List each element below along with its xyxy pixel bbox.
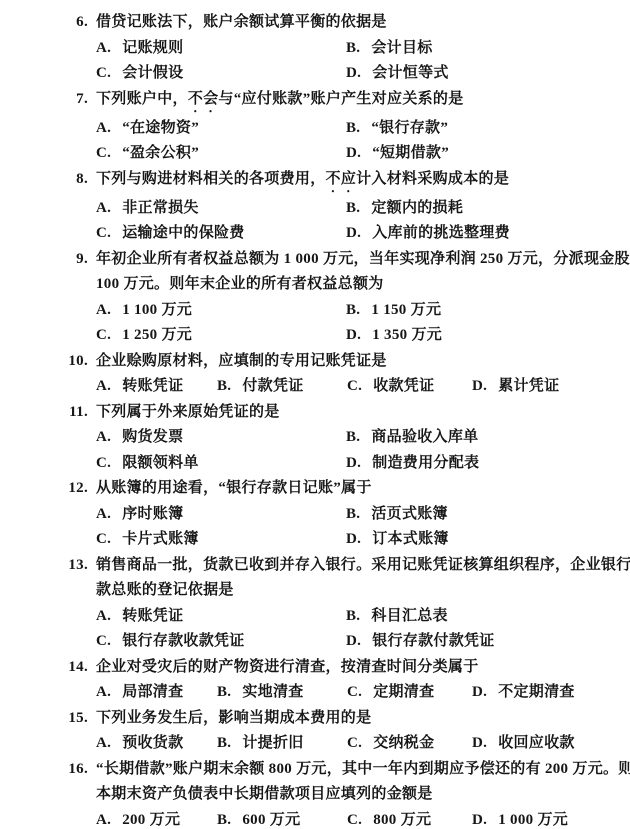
option-text: 1 000 万元 — [498, 812, 568, 828]
option-text: 1 350 万元 — [372, 327, 442, 343]
option-label: A. — [96, 502, 111, 528]
option-text: 科目汇总表 — [371, 608, 448, 624]
option-text: 800 万元 — [373, 812, 431, 828]
option-text: 卡片式账簿 — [122, 531, 199, 547]
question-8: 8. 下列与购进材料相关的各项费用，不应计入材料采购成本的是 A.非正常损失 B… — [0, 167, 622, 247]
option-label: D. — [472, 731, 487, 757]
option-label: C. — [96, 221, 111, 247]
option-text: 序时账簿 — [122, 506, 183, 522]
option-text: 记账规则 — [122, 40, 183, 56]
question-number: 10. — [0, 349, 88, 400]
option-label: A. — [96, 680, 111, 706]
option-c: C.卡片式账簿 — [96, 527, 346, 553]
option-c: C.“盈余公积” — [96, 141, 346, 167]
option-label: B. — [346, 425, 360, 451]
option-label: B. — [217, 680, 231, 706]
question-stem-line-2: 款总账的登记依据是 — [96, 578, 622, 604]
question-stem: 下列业务发生后，影响当期成本费用的是 — [96, 706, 622, 732]
question-number: 13. — [0, 553, 88, 655]
option-label: D. — [346, 629, 361, 655]
option-text: 运输途中的保险费 — [122, 225, 244, 241]
option-text: 付款凭证 — [242, 378, 303, 394]
option-a: A.预收货款 — [96, 731, 217, 757]
option-text: 入库前的挑选整理费 — [372, 225, 510, 241]
option-a: A.转账凭证 — [96, 374, 217, 400]
option-text: “银行存款” — [371, 120, 448, 136]
option-c: C.银行存款收款凭证 — [96, 629, 346, 655]
option-d: D.银行存款付款凭证 — [346, 629, 622, 655]
question-stem-line-1: “长期借款”账户期末余额 800 万元，其中一年内到期应予偿还的有 200 万元… — [96, 757, 622, 783]
option-text: 活页式账簿 — [371, 506, 448, 522]
option-text: 商品验收入库单 — [371, 429, 478, 445]
option-label: B. — [217, 808, 231, 829]
option-text: 转账凭证 — [122, 378, 183, 394]
option-label: A. — [96, 196, 111, 222]
question-stem: 借贷记账法下，账户余额试算平衡的依据是 — [96, 10, 622, 36]
option-b: B.活页式账簿 — [346, 502, 622, 528]
question-number: 9. — [0, 247, 88, 349]
option-b: B.定额内的损耗 — [346, 196, 622, 222]
option-text: 不定期清查 — [498, 684, 575, 700]
option-label: B. — [217, 374, 231, 400]
option-label: D. — [472, 808, 487, 829]
question-number: 8. — [0, 167, 88, 247]
question-number: 11. — [0, 400, 88, 477]
question-number: 16. — [0, 757, 88, 829]
option-text: 限额领料单 — [122, 455, 199, 471]
option-label: A. — [96, 36, 111, 62]
option-b: B.科目汇总表 — [346, 604, 622, 630]
option-label: B. — [346, 196, 360, 222]
option-a: A.转账凭证 — [96, 604, 346, 630]
option-text: 收回应收款 — [498, 735, 575, 751]
option-c: C.收款凭证 — [347, 374, 472, 400]
option-d: D.累计凭证 — [472, 374, 622, 400]
question-stem-line-1: 销售商品一批，货款已收到并存入银行。采用记账凭证核算组织程序，企业银行存 — [96, 553, 622, 579]
question-number: 15. — [0, 706, 88, 757]
option-label: B. — [346, 298, 360, 324]
question-6: 6. 借贷记账法下，账户余额试算平衡的依据是 A.记账规则 B.会计目标 C.会… — [0, 10, 622, 87]
option-d: D.会计恒等式 — [346, 61, 622, 87]
stem-text: 下列与购进材料相关的各项费用， — [96, 171, 326, 187]
option-label: A. — [96, 731, 111, 757]
question-number: 14. — [0, 655, 88, 706]
question-stem: 企业对受灾后的财产物资进行清查，按清查时间分类属于 — [96, 655, 622, 681]
question-10: 10. 企业赊购原材料，应填制的专用记账凭证是 A.转账凭证 B.付款凭证 C.… — [0, 349, 622, 400]
option-label: A. — [96, 604, 111, 630]
question-7: 7. 下列账户中，不会与“应付账款”账户产生对应关系的是 A.“在途物资” B.… — [0, 87, 622, 167]
option-text: 订本式账簿 — [372, 531, 449, 547]
options: A.购货发票 B.商品验收入库单 C.限额领料单 D.制造费用分配表 — [96, 425, 622, 476]
option-text: 制造费用分配表 — [372, 455, 479, 471]
option-a: A.“在途物资” — [96, 116, 346, 142]
option-a: A.购货发票 — [96, 425, 346, 451]
option-label: D. — [346, 221, 361, 247]
option-text: “短期借款” — [372, 145, 449, 161]
options: A.局部清查 B.实地清查 C.定期清查 D.不定期清查 — [96, 680, 622, 706]
option-label: C. — [347, 731, 362, 757]
option-label: D. — [346, 141, 361, 167]
option-label: A. — [96, 808, 111, 829]
option-label: D. — [346, 451, 361, 477]
option-text: 银行存款收款凭证 — [122, 633, 244, 649]
question-number: 7. — [0, 87, 88, 167]
question-11: 11. 下列属于外来原始凭证的是 A.购货发票 B.商品验收入库单 C.限额领料… — [0, 400, 622, 477]
option-c: C.会计假设 — [96, 61, 346, 87]
options: A.1 100 万元 B.1 150 万元 C.1 250 万元 D.1 350… — [96, 298, 622, 349]
option-text: 银行存款付款凭证 — [372, 633, 494, 649]
options: A.记账规则 B.会计目标 C.会计假设 D.会计恒等式 — [96, 36, 622, 87]
option-label: A. — [96, 298, 111, 324]
question-stem: 企业赊购原材料，应填制的专用记账凭证是 — [96, 349, 622, 375]
stem-text: 与“应付账款”账户产生对应关系的是 — [218, 91, 463, 107]
question-stem: 下列属于外来原始凭证的是 — [96, 400, 622, 426]
option-text: 会计假设 — [122, 65, 183, 81]
option-label: A. — [96, 374, 111, 400]
option-c: C.运输途中的保险费 — [96, 221, 346, 247]
option-label: C. — [347, 808, 362, 829]
option-text: 1 150 万元 — [371, 302, 441, 318]
question-stem-line-2: 100 万元。则年末企业的所有者权益总额为 — [96, 272, 622, 298]
option-b: B.实地清查 — [217, 680, 347, 706]
option-b: B.商品验收入库单 — [346, 425, 622, 451]
question-stem: 从账簿的用途看，“银行存款日记账”属于 — [96, 476, 622, 502]
options: A.“在途物资” B.“银行存款” C.“盈余公积” D.“短期借款” — [96, 116, 622, 167]
question-12: 12. 从账簿的用途看，“银行存款日记账”属于 A.序时账簿 B.活页式账簿 C… — [0, 476, 622, 553]
option-label: B. — [346, 116, 360, 142]
option-a: A.1 100 万元 — [96, 298, 346, 324]
option-label: D. — [472, 680, 487, 706]
option-label: D. — [472, 374, 487, 400]
question-number: 6. — [0, 10, 88, 87]
option-text: 600 万元 — [242, 812, 300, 828]
option-c: C.800 万元 — [347, 808, 472, 829]
options: A.预收货款 B.计提折旧 C.交纳税金 D.收回应收款 — [96, 731, 622, 757]
option-a: A.200 万元 — [96, 808, 217, 829]
option-d: D.入库前的挑选整理费 — [346, 221, 622, 247]
question-16: 16. “长期借款”账户期末余额 800 万元，其中一年内到期应予偿还的有 20… — [0, 757, 622, 829]
options: A.非正常损失 B.定额内的损耗 C.运输途中的保险费 D.入库前的挑选整理费 — [96, 196, 622, 247]
question-number: 12. — [0, 476, 88, 553]
option-text: 预收货款 — [122, 735, 183, 751]
option-c: C.定期清查 — [347, 680, 472, 706]
option-label: B. — [346, 604, 360, 630]
option-text: 会计目标 — [371, 40, 432, 56]
option-a: A.记账规则 — [96, 36, 346, 62]
option-label: A. — [96, 116, 111, 142]
option-d: D.订本式账簿 — [346, 527, 622, 553]
option-label: C. — [347, 680, 362, 706]
question-13: 13. 销售商品一批，货款已收到并存入银行。采用记账凭证核算组织程序，企业银行存… — [0, 553, 622, 655]
options: A.序时账簿 B.活页式账簿 C.卡片式账簿 D.订本式账簿 — [96, 502, 622, 553]
option-text: 会计恒等式 — [372, 65, 449, 81]
exam-page: 6. 借贷记账法下，账户余额试算平衡的依据是 A.记账规则 B.会计目标 C.会… — [0, 0, 630, 829]
option-text: 1 100 万元 — [122, 302, 192, 318]
question-stem-line-1: 年初企业所有者权益总额为 1 000 万元，当年实现净利润 250 万元，分派现… — [96, 247, 622, 273]
option-text: “盈余公积” — [122, 145, 199, 161]
option-d: D.1 000 万元 — [472, 808, 622, 829]
option-label: C. — [96, 141, 111, 167]
option-b: B.1 150 万元 — [346, 298, 622, 324]
option-text: 累计凭证 — [498, 378, 559, 394]
question-9: 9. 年初企业所有者权益总额为 1 000 万元，当年实现净利润 250 万元，… — [0, 247, 622, 349]
option-label: C. — [96, 323, 111, 349]
option-label: B. — [346, 36, 360, 62]
option-d: D.1 350 万元 — [346, 323, 622, 349]
option-text: 实地清查 — [242, 684, 303, 700]
option-text: 交纳税金 — [373, 735, 434, 751]
option-d: D.“短期借款” — [346, 141, 622, 167]
option-b: B.计提折旧 — [217, 731, 347, 757]
option-b: B.会计目标 — [346, 36, 622, 62]
option-text: 定额内的损耗 — [371, 200, 463, 216]
option-b: B.付款凭证 — [217, 374, 347, 400]
question-15: 15. 下列业务发生后，影响当期成本费用的是 A.预收货款 B.计提折旧 C.交… — [0, 706, 622, 757]
option-b: B.600 万元 — [217, 808, 347, 829]
option-label: C. — [96, 527, 111, 553]
option-label: D. — [346, 61, 361, 87]
option-label: C. — [96, 629, 111, 655]
options: A.转账凭证 B.科目汇总表 C.银行存款收款凭证 D.银行存款付款凭证 — [96, 604, 622, 655]
option-a: A.序时账簿 — [96, 502, 346, 528]
option-label: B. — [346, 502, 360, 528]
stem-emphasized-text: 不会 — [188, 91, 219, 107]
option-text: 1 250 万元 — [122, 327, 192, 343]
question-stem: 下列与购进材料相关的各项费用，不应计入材料采购成本的是 — [96, 167, 622, 196]
question-14: 14. 企业对受灾后的财产物资进行清查，按清查时间分类属于 A.局部清查 B.实… — [0, 655, 622, 706]
option-text: 非正常损失 — [122, 200, 199, 216]
option-text: “在途物资” — [122, 120, 199, 136]
option-text: 局部清查 — [122, 684, 183, 700]
option-c: C.交纳税金 — [347, 731, 472, 757]
option-label: C. — [96, 61, 111, 87]
option-text: 转账凭证 — [122, 608, 183, 624]
option-c: C.限额领料单 — [96, 451, 346, 477]
option-text: 购货发票 — [122, 429, 183, 445]
option-a: A.局部清查 — [96, 680, 217, 706]
option-text: 200 万元 — [122, 812, 180, 828]
option-a: A.非正常损失 — [96, 196, 346, 222]
option-c: C.1 250 万元 — [96, 323, 346, 349]
option-d: D.收回应收款 — [472, 731, 622, 757]
option-b: B.“银行存款” — [346, 116, 622, 142]
options: A.200 万元 B.600 万元 C.800 万元 D.1 000 万元 — [96, 808, 622, 829]
option-text: 计提折旧 — [242, 735, 303, 751]
option-d: D.制造费用分配表 — [346, 451, 622, 477]
question-stem-line-2: 本期末资产负债表中长期借款项目应填列的金额是 — [96, 782, 622, 808]
stem-emphasized-text: 不应 — [326, 171, 357, 187]
question-stem: 下列账户中，不会与“应付账款”账户产生对应关系的是 — [96, 87, 622, 116]
options: A.转账凭证 B.付款凭证 C.收款凭证 D.累计凭证 — [96, 374, 622, 400]
option-label: A. — [96, 425, 111, 451]
option-text: 定期清查 — [373, 684, 434, 700]
stem-text: 下列账户中， — [96, 91, 188, 107]
option-label: D. — [346, 527, 361, 553]
option-label: C. — [96, 451, 111, 477]
option-label: B. — [217, 731, 231, 757]
stem-text: 计入材料采购成本的是 — [356, 171, 509, 187]
option-label: D. — [346, 323, 361, 349]
option-d: D.不定期清查 — [472, 680, 622, 706]
option-label: C. — [347, 374, 362, 400]
option-text: 收款凭证 — [373, 378, 434, 394]
